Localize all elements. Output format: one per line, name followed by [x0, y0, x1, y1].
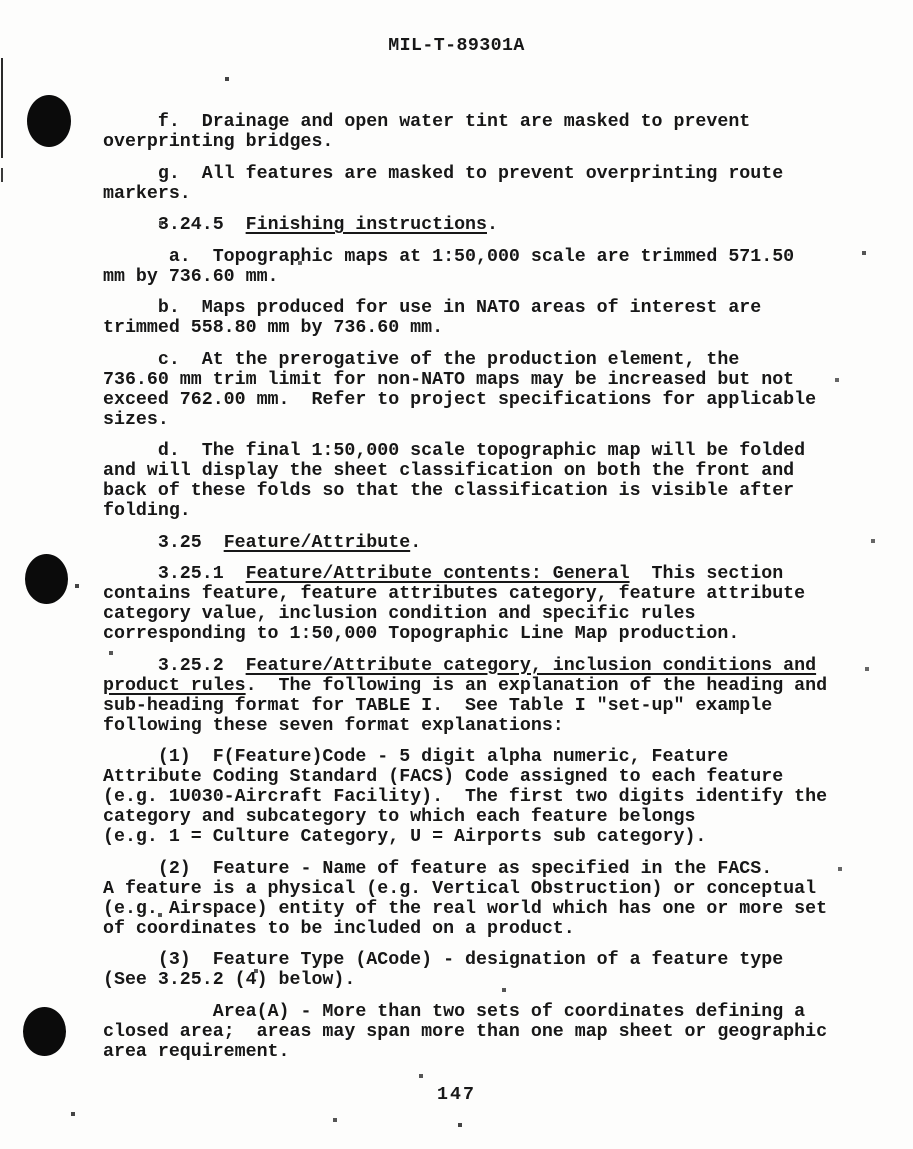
punch-hole-middle — [25, 554, 68, 604]
para-a: a. Topographic maps at 1:50,000 scale ar… — [103, 247, 893, 287]
document-number-header: MIL-T-89301A — [0, 36, 913, 56]
para-item-3: (3) Feature Type (ACode) - designation o… — [103, 950, 893, 990]
section-title-3-25-1: Feature/Attribute contents: General — [246, 564, 630, 584]
section-number-3-24-5: 3.24.5 — [103, 215, 246, 235]
para-item-1: (1) F(Feature)Code - 5 digit alpha numer… — [103, 747, 893, 847]
punch-hole-bottom — [23, 1007, 66, 1056]
section-title-3-24-5: Finishing instructions — [246, 215, 487, 235]
section-heading-3-24-5: 3.24.5 Finishing instructions. — [103, 215, 893, 235]
section-number-3-25-1: 3.25.1 — [103, 564, 246, 584]
para-f: f. Drainage and open water tint are mask… — [103, 112, 893, 152]
section-3-25-2: 3.25.2 Feature/Attribute category, inclu… — [103, 656, 893, 736]
section-number-3-25: 3.25 — [103, 533, 224, 553]
scanned-document-page: MIL-T-89301A f. Drainage and open water … — [0, 0, 913, 1149]
punch-hole-top — [27, 95, 71, 147]
document-body: f. Drainage and open water tint are mask… — [103, 112, 893, 1073]
para-area-definition: Area(A) - More than two sets of coordina… — [103, 1002, 893, 1062]
section-title-3-25: Feature/Attribute — [224, 533, 411, 553]
para-c: c. At the prerogative of the production … — [103, 350, 893, 430]
section-number-3-25-2: 3.25.2 — [103, 656, 246, 676]
para-item-2: (2) Feature - Name of feature as specifi… — [103, 859, 893, 939]
section-heading-3-25: 3.25 Feature/Attribute. — [103, 533, 893, 553]
para-g: g. All features are masked to prevent ov… — [103, 164, 893, 204]
para-b: b. Maps produced for use in NATO areas o… — [103, 298, 893, 338]
section-title-period-3-24-5: . — [487, 215, 498, 235]
section-3-25-1: 3.25.1 Feature/Attribute contents: Gener… — [103, 564, 893, 644]
scan-edge-mark — [1, 168, 3, 182]
section-title-period-3-25: . — [410, 533, 421, 553]
para-d: d. The final 1:50,000 scale topographic … — [103, 441, 893, 521]
page-number: 147 — [0, 1085, 913, 1105]
scan-edge-line — [1, 58, 3, 158]
scan-specks — [0, 0, 2, 2]
